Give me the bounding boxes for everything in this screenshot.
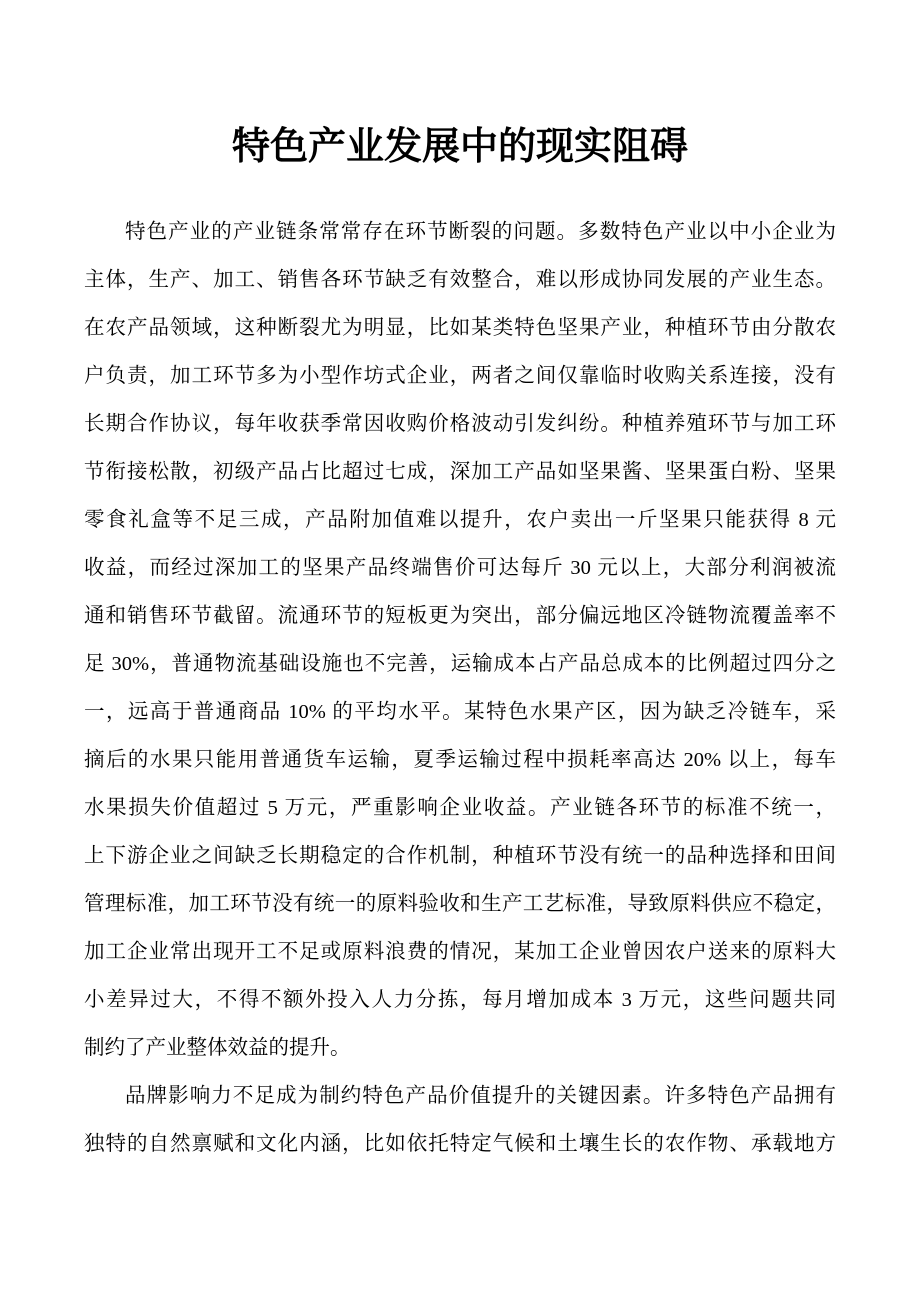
- text-line: 品牌影响力不足成为制约特色产品价值提升的关键因素。许多特色产品拥有: [84, 1072, 836, 1120]
- text-line: 一，远高于普通商品 10% 的平均水平。某特色水果产区，因为缺乏冷链车，采: [84, 688, 836, 736]
- text-line: 摘后的水果只能用普通货车运输，夏季运输过程中损耗率高达 20% 以上，每车: [84, 736, 836, 784]
- text-line: 长期合作协议，每年收获季常因收购价格波动引发纠纷。种植养殖环节与加工环: [84, 400, 836, 448]
- text-line: 节衔接松散，初级产品占比超过七成，深加工产品如坚果酱、坚果蛋白粉、坚果: [84, 448, 836, 496]
- document-body: 特色产业的产业链条常常存在环节断裂的问题。多数特色产业以中小企业为主体，生产、加…: [84, 208, 836, 1168]
- text-line: 加工企业常出现开工不足或原料浪费的情况，某加工企业曾因农户送来的原料大: [84, 928, 836, 976]
- text-line: 户负责，加工环节多为小型作坊式企业，两者之间仅靠临时收购关系连接，没有: [84, 352, 836, 400]
- document-title: 特色产业发展中的现实阻碍: [0, 121, 920, 173]
- text-line: 收益，而经过深加工的坚果产品终端售价可达每斤 30 元以上，大部分利润被流: [84, 544, 836, 592]
- text-line: 水果损失价值超过 5 万元，严重影响企业收益。产业链各环节的标准不统一，: [84, 784, 836, 832]
- text-line: 上下游企业之间缺乏长期稳定的合作机制，种植环节没有统一的品种选择和田间: [84, 832, 836, 880]
- text-line: 通和销售环节截留。流通环节的短板更为突出，部分偏远地区冷链物流覆盖率不: [84, 592, 836, 640]
- text-line: 小差异过大，不得不额外投入人力分拣，每月增加成本 3 万元，这些问题共同: [84, 976, 836, 1024]
- text-line: 制约了产业整体效益的提升。: [84, 1024, 836, 1072]
- text-line: 零食礼盒等不足三成，产品附加值难以提升，农户卖出一斤坚果只能获得 8 元: [84, 496, 836, 544]
- document-page: 特色产业发展中的现实阻碍 特色产业的产业链条常常存在环节断裂的问题。多数特色产业…: [0, 0, 920, 1302]
- text-line: 在农产品领域，这种断裂尤为明显，比如某类特色坚果产业，种植环节由分散农: [84, 304, 836, 352]
- text-line: 主体，生产、加工、销售各环节缺乏有效整合，难以形成协同发展的产业生态。: [84, 256, 836, 304]
- text-line: 足 30%，普通物流基础设施也不完善，运输成本占产品总成本的比例超过四分之: [84, 640, 836, 688]
- text-line: 管理标准，加工环节没有统一的原料验收和生产工艺标准，导致原料供应不稳定，: [84, 880, 836, 928]
- text-line: 特色产业的产业链条常常存在环节断裂的问题。多数特色产业以中小企业为: [84, 208, 836, 256]
- text-line: 独特的自然禀赋和文化内涵，比如依托特定气候和土壤生长的农作物、承载地方: [84, 1120, 836, 1168]
